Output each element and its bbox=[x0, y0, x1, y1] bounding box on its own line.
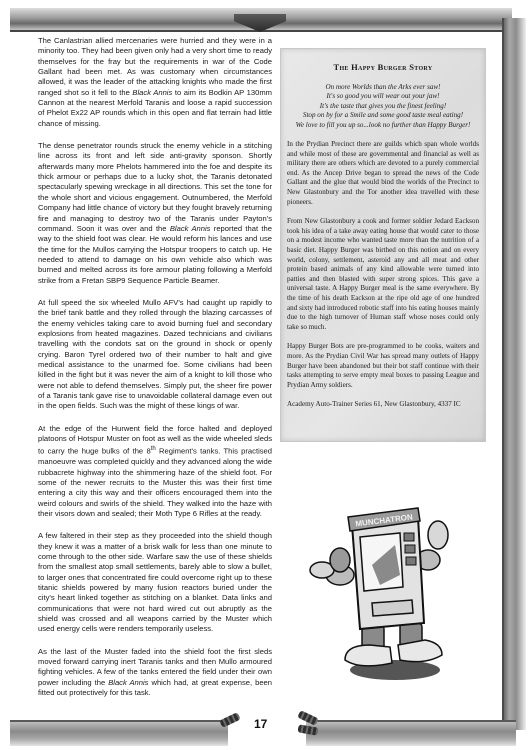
poem-line: We love to fill you up so...look no furt… bbox=[287, 121, 479, 131]
story-attribution: Academy Auto-Trainer Series 61, New Glas… bbox=[287, 400, 479, 410]
body-text-column: The Canlastrian allied mercenaries were … bbox=[38, 36, 272, 710]
paragraph-2: The dense penetrator rounds struck the e… bbox=[38, 141, 272, 286]
story-paragraph: From New Glastonbury a cook and former s… bbox=[287, 217, 479, 332]
story-title: The Happy Burger Story bbox=[287, 63, 479, 73]
story-paragraph: In the Prydian Precinct there are guilds… bbox=[287, 140, 479, 207]
poem-line: Stop on by for a Smile and some good tas… bbox=[287, 111, 479, 121]
poem-line: It's the taste that gives you the finest… bbox=[287, 102, 479, 112]
page-number: 17 bbox=[254, 717, 267, 731]
poem-line: It's so good you will wear out your jaw! bbox=[287, 92, 479, 102]
happy-burger-story-box: The Happy Burger Story On more Worlds th… bbox=[280, 48, 486, 442]
poem-line: On more Worlds than the Arks ever saw! bbox=[287, 83, 479, 93]
story-paragraph: Happy Burger Bots are pre-programmed to … bbox=[287, 342, 479, 390]
border-bottom-right-frame bbox=[306, 720, 516, 746]
bolt-icon bbox=[219, 712, 241, 728]
story-poem: On more Worlds than the Arks ever saw! I… bbox=[287, 83, 479, 131]
paragraph-1: The Canlastrian allied mercenaries were … bbox=[38, 36, 272, 129]
paragraph-5: A few faltered in their step as they pro… bbox=[38, 531, 272, 634]
paragraph-3: At full speed the six wheeled Mullo AFV'… bbox=[38, 298, 272, 412]
munchatron-robot-illustration: MUNCHATRON bbox=[300, 505, 470, 690]
paragraph-6: As the last of the Muster faded into the… bbox=[38, 647, 272, 699]
paragraph-4: At the edge of the Hurwent field the for… bbox=[38, 424, 272, 520]
border-right-frame bbox=[502, 18, 526, 730]
border-bottom-left-frame bbox=[10, 720, 228, 746]
